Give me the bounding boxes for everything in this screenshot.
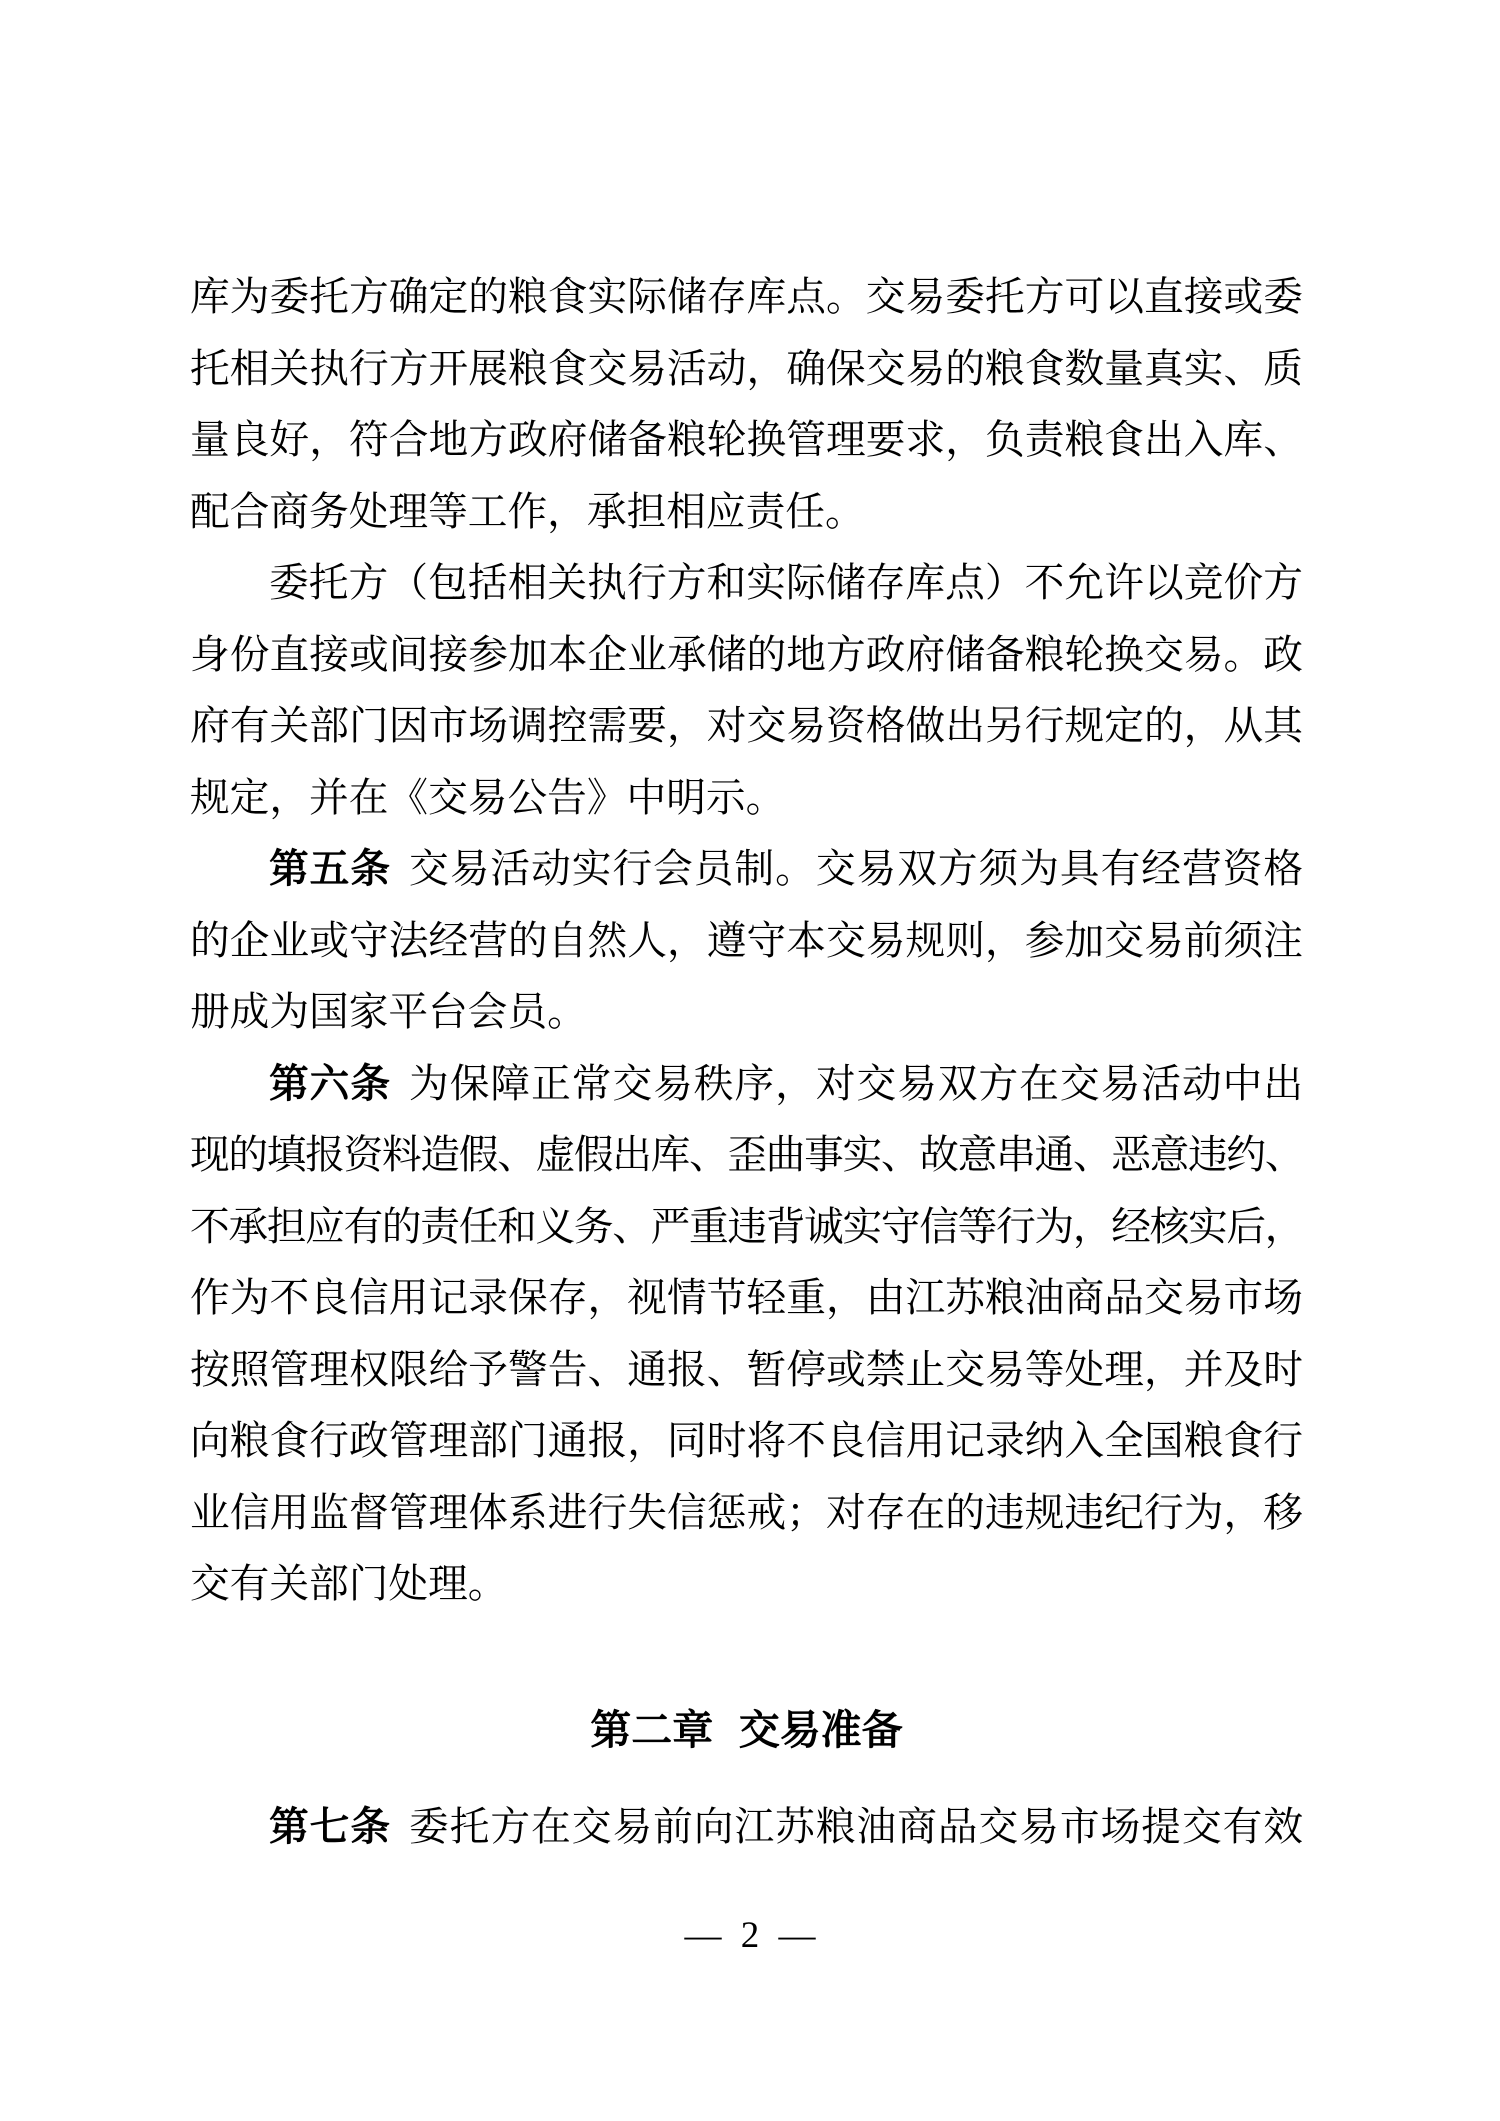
article-text: 委托方在交易前向江苏粮油商品交易市场提交有效 [409,1805,1303,1849]
text-line: 第七条委托方在交易前向江苏粮油商品交易市场提交有效 [190,1792,1303,1864]
text-line: 按照管理权限给予警告、通报、暂停或禁止交易等处理，并及时 [190,1335,1303,1407]
paragraph-article-5: 第五条交易活动实行会员制。交易双方须为具有经营资格 的企业或守法经营的自然人，遵… [190,834,1303,1049]
text-line: 府有关部门因市场调控需要，对交易资格做出另行规定的，从其 [190,691,1303,763]
text-line: 规定，并在《交易公告》中明示。 [190,763,1303,835]
text-line: 量良好，符合地方政府储备粮轮换管理要求，负责粮食出入库、 [190,405,1303,477]
chapter-heading: 第二章 交易准备 [190,1695,1303,1767]
text-line: 库为委托方确定的粮食实际储存库点。交易委托方可以直接或委 [190,262,1303,334]
text-line: 身份直接或间接参加本企业承储的地方政府储备粮轮换交易。政 [190,620,1303,692]
page-number: — 2 — [0,1901,1500,1971]
text-line: 交有关部门处理。 [190,1549,1303,1621]
article-text: 交易活动实行会员制。交易双方须为具有经营资格 [409,847,1303,891]
article-number-5: 第五条 [269,847,391,891]
text-line: 委托方（包括相关执行方和实际储存库点）不允许以竞价方 [190,548,1303,620]
text-line: 册成为国家平台会员。 [190,977,1303,1049]
document-body: 库为委托方确定的粮食实际储存库点。交易委托方可以直接或委 托相关执行方开展粮食交… [190,262,1303,1864]
text-line: 第五条交易活动实行会员制。交易双方须为具有经营资格 [190,834,1303,906]
paragraph-continuation: 库为委托方确定的粮食实际储存库点。交易委托方可以直接或委 托相关执行方开展粮食交… [190,262,1303,548]
document-page: 库为委托方确定的粮食实际储存库点。交易委托方可以直接或委 托相关执行方开展粮食交… [0,0,1500,2121]
text-line: 现的填报资料造假、虚假出库、歪曲事实、故意串通、恶意违约、 [190,1120,1303,1192]
article-text: 为保障正常交易秩序，对交易双方在交易活动中出 [409,1062,1303,1106]
text-line: 托相关执行方开展粮食交易活动，确保交易的粮食数量真实、质 [190,334,1303,406]
text-line: 作为不良信用记录保存，视情节轻重，由江苏粮油商品交易市场 [190,1263,1303,1335]
text-line: 的企业或守法经营的自然人，遵守本交易规则，参加交易前须注 [190,906,1303,978]
article-number-7: 第七条 [269,1805,391,1849]
paragraph-weituofang: 委托方（包括相关执行方和实际储存库点）不允许以竞价方 身份直接或间接参加本企业承… [190,548,1303,834]
text-line: 向粮食行政管理部门通报，同时将不良信用记录纳入全国粮食行 [190,1406,1303,1478]
text-line: 业信用监督管理体系进行失信惩戒；对存在的违规违纪行为，移 [190,1478,1303,1550]
paragraph-article-6: 第六条为保障正常交易秩序，对交易双方在交易活动中出 现的填报资料造假、虚假出库、… [190,1049,1303,1621]
text-line: 配合商务处理等工作，承担相应责任。 [190,477,1303,549]
text-line: 第六条为保障正常交易秩序，对交易双方在交易活动中出 [190,1049,1303,1121]
text-line: 不承担应有的责任和义务、严重违背诚实守信等行为，经核实后， [190,1192,1303,1264]
article-number-6: 第六条 [269,1062,391,1106]
paragraph-article-7: 第七条委托方在交易前向江苏粮油商品交易市场提交有效 [190,1792,1303,1864]
